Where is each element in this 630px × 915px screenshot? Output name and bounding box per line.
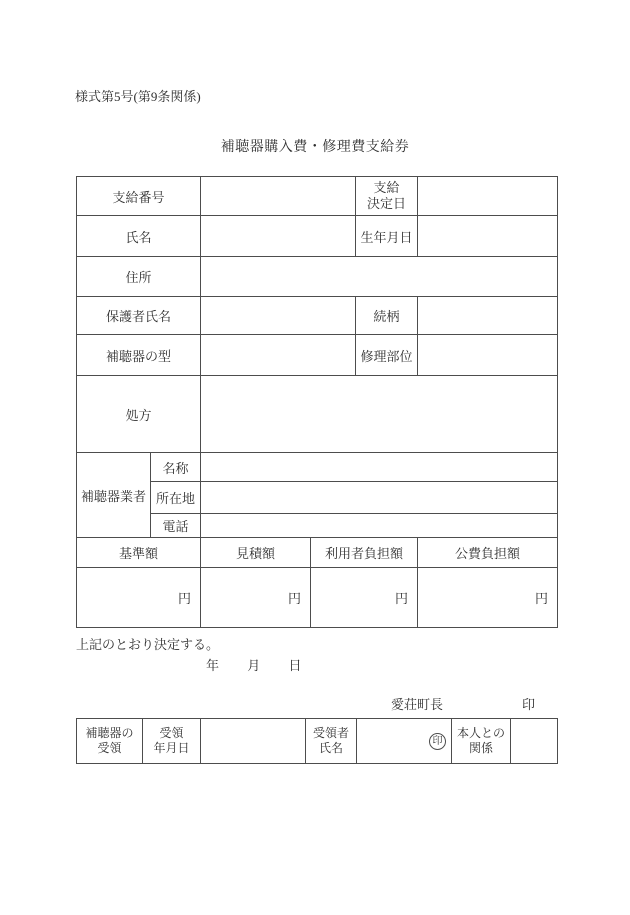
mayor-seal-label: 印 [522,694,535,713]
dealer-address-value [201,482,558,514]
form-document-page: { "document": { "form_number": "様式第5号(第9… [0,0,630,915]
birth-date-label: 生年月日 [356,216,418,257]
address-label: 住所 [77,257,201,297]
dealer-address-label: 所在地 [151,482,201,514]
main-table: 支給番号 支給 決定日 氏名 生年月日 住所 保護者氏名 続柄 補聴器の型 修理… [76,176,558,628]
table-row: 円 円 円 円 [77,568,558,628]
payment-number-value [201,177,356,216]
guardian-name-label: 保護者氏名 [77,297,201,335]
public-share-amount-value: 円 [418,568,558,628]
table-row: 支給番号 支給 決定日 [77,177,558,216]
relation-to-person-label: 本人との 関係 [452,719,511,764]
prescription-value [201,376,558,453]
payment-number-label: 支給番号 [77,177,201,216]
table-row: 基準額 見積額 利用者負担額 公費負担額 [77,538,558,568]
estimate-amount-value: 円 [201,568,311,628]
repair-part-value [418,335,558,376]
estimate-amount-header: 見積額 [201,538,311,568]
decision-date-value [418,177,558,216]
mayor-line: 愛荘町長 印 [0,694,630,712]
date-day-label: 日 [289,655,302,674]
standard-amount-value: 円 [77,568,201,628]
relationship-label: 続柄 [356,297,418,335]
receipt-date-label: 受領 年月日 [143,719,201,764]
dealer-name-label: 名称 [151,453,201,482]
table-row: 補聴器の 受領 受領 年月日 受領者 氏名 印 本人との 関係 [77,719,558,764]
repair-part-label: 修理部位 [356,335,418,376]
dealer-phone-label: 電話 [151,514,201,538]
date-line: 年 月 日 [206,655,302,674]
recipient-name-label: 受領者 氏名 [306,719,357,764]
user-share-amount-header: 利用者負担額 [311,538,418,568]
mayor-title: 愛荘町長 [391,694,443,713]
page-title: 補聴器購入費・修理費支給券 [0,136,630,156]
user-share-amount-value: 円 [311,568,418,628]
receipt-table: 補聴器の 受領 受領 年月日 受領者 氏名 印 本人との 関係 [76,718,558,764]
relation-to-person-value [511,719,558,764]
prescription-label: 処方 [77,376,201,453]
name-value [201,216,356,257]
hearing-aid-receipt-label: 補聴器の 受領 [77,719,143,764]
guardian-name-value [201,297,356,335]
name-label: 氏名 [77,216,201,257]
decision-date-label: 支給 決定日 [356,177,418,216]
table-row: 住所 [77,257,558,297]
table-row: 補聴器の型 修理部位 [77,335,558,376]
dealer-label: 補聴器業者 [77,453,151,538]
table-row: 補聴器業者 名称 [77,453,558,482]
table-row: 保護者氏名 続柄 [77,297,558,335]
circled-seal-icon: 印 [429,733,446,750]
address-value [201,257,558,297]
dealer-name-value [201,453,558,482]
standard-amount-header: 基準額 [77,538,201,568]
table-row: 氏名 生年月日 [77,216,558,257]
decision-statement: 上記のとおり決定する。 [76,634,219,653]
form-number: 様式第5号(第9条関係) [75,86,201,105]
public-share-amount-header: 公費負担額 [418,538,558,568]
recipient-name-value: 印 [357,719,452,764]
dealer-phone-value [201,514,558,538]
date-year-label: 年 [206,655,219,674]
birth-date-value [418,216,558,257]
hearing-aid-type-value [201,335,356,376]
table-row: 処方 [77,376,558,453]
relationship-value [418,297,558,335]
receipt-date-value [201,719,306,764]
hearing-aid-type-label: 補聴器の型 [77,335,201,376]
date-month-label: 月 [247,655,260,674]
